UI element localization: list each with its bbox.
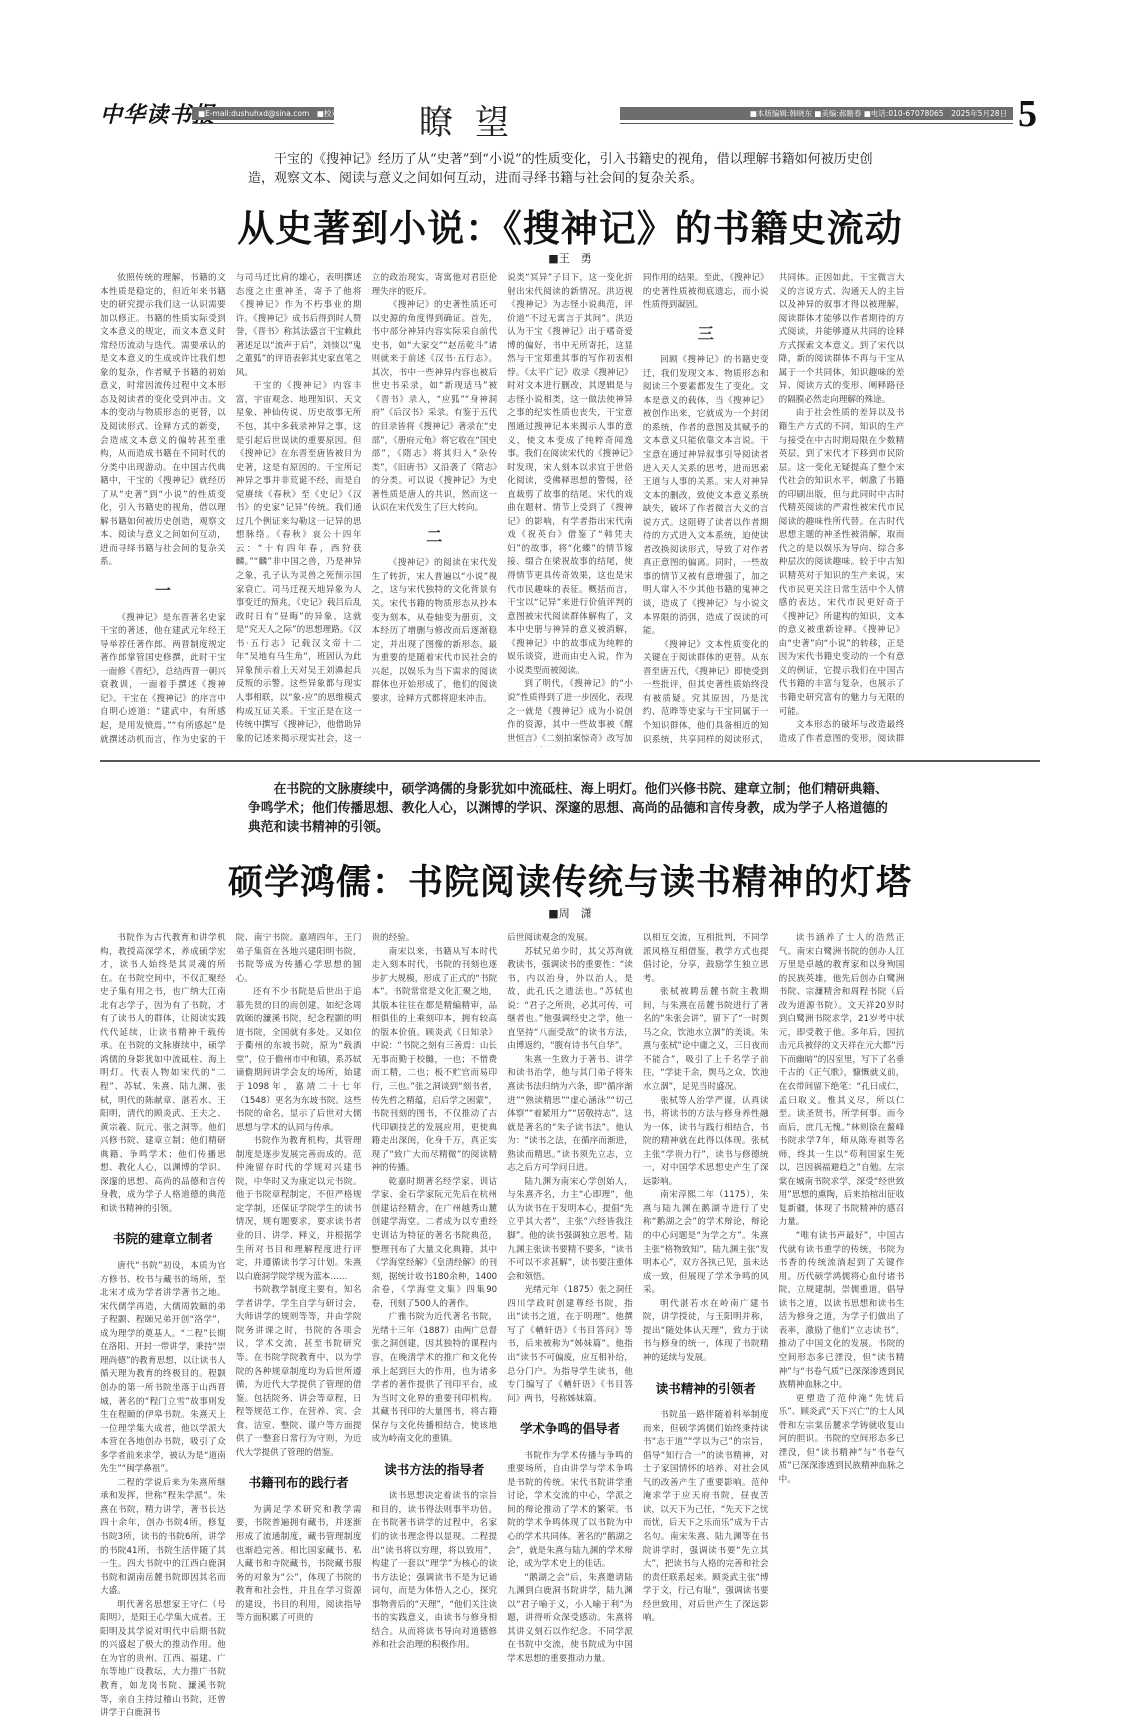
contact-info-bar: ■E-mail:dushuhxd@sina.com ■校对:孙莫萍 — [192, 107, 334, 120]
article2-body: 书院作为古代教育和讲学机构，教授高深学术，养成硕学宏才，读书人始终是其灵魂的所在… — [100, 932, 1040, 1717]
subheading: 读书精神的引领者 — [643, 1382, 769, 1396]
subheading: 读书方法的指导者 — [371, 1463, 497, 1477]
article1-byline: ■王 勇 — [450, 250, 690, 266]
article1-headline: 从史著到小说：《搜神记》的书籍史流动 — [150, 198, 990, 252]
text-column — [914, 272, 1040, 747]
paragraph: 南宋以来，书籍从写本时代走入刻本时代，书院的刊刻也逐步扩大规模，形成了正式的“书… — [371, 946, 497, 1176]
article-divider — [100, 760, 1040, 762]
paragraph: 光绪元年（1875）张之洞任四川学政时创建尊经书院，指出“读书之道，在于明理”。… — [507, 1284, 633, 1406]
text-column: 说类“冥异”子目下，这一变化折射出宋代阅读的新情况。洪迈视《搜神记》为志怪小说典… — [507, 272, 633, 747]
masthead: 中华读书报 ■E-mail:dushuhxd@sina.com ■校对:孙莫萍 … — [100, 96, 1040, 134]
paragraph: 说类“冥异”子目下，这一变化折射出宋代阅读的新情况。洪迈视《搜神记》为志怪小说典… — [507, 272, 633, 678]
paragraph: 书院虽一路伴随着科举制度而来，但硕学鸿儒们始终秉持读书“志于道”“学以为己”的宗… — [643, 1409, 769, 1626]
paragraph: 以相互交流，互相批判，不同学派风格互相借鉴，教学方式也提倡讨论，分享，鼓励学生独… — [643, 932, 769, 986]
section-number: 一 — [100, 584, 226, 598]
section-number: 三 — [643, 327, 769, 341]
paragraph: 明代湛若水在岭南广建书院，讲学授徒，与王阳明并称，提出“随处体认天理”，致力于读… — [643, 1298, 769, 1366]
paragraph: 苏轼兄弟少时，其父苏洵就教读书，强调读书的重要性：“读书，内以治身，外以治人，是… — [507, 946, 633, 1054]
paragraph: 张栻等人治学严谨，认真读书，将读书的方法与修身养性融为一体，读书与践行相结合，书… — [643, 1095, 769, 1190]
paragraph: 读书涵养了士人的浩然正气。南宋白鹭洲书院的创办人江万里是卓越的教育家和以身殉国的… — [779, 932, 905, 1230]
paragraph: 贵的经验。 — [371, 932, 497, 946]
paragraph: 还有不少书院是后世出于追慕先贤的目的而创建，如纪念周敦颐的濂溪书院，纪念程颢的明… — [236, 986, 362, 1135]
subheading: 学术争鸣的倡导者 — [507, 1422, 633, 1436]
paragraph: “唯有读书声最好”，中国古代就有读书重学的传统，书院为书香的传统流淌起到了关键作… — [779, 1230, 905, 1393]
paragraph: 更塑造了范仲淹“先忧后乐”、顾炎武“天下兴亡”的士人风骨和左宗棠岳麓求学铸就收复… — [779, 1393, 905, 1488]
text-column: 读书涵养了士人的浩然正气。南宋白鹭洲书院的创办人江万里是卓越的教育家和以身殉国的… — [779, 932, 905, 1717]
text-column: 立的政治现实，寄寓他对君臣伦理失序的贬斥。《搜神记》的史著性质还可以史源的角度得… — [371, 272, 497, 747]
paragraph: 《搜神记》是东晋著名史家干宝的著述，他在建武元年经王导举荐任著作郎。两晋制度规定… — [100, 612, 226, 747]
paragraph: 干宝的《搜神记》内容丰富，宇宙观念、地理知识、天文星象、神仙传说、历史故事无所不… — [236, 380, 362, 747]
paragraph: 陆九渊为南宋心学创始人，与朱熹齐名，力主“心即理”，他认为读书在于发明本心，提倡… — [507, 1176, 633, 1284]
text-column: 与司马迁比肩的雄心，表明撰述态度之庄重神圣，寄予了他将《搜神记》作为不朽事业的期… — [236, 272, 362, 747]
paragraph: 依照传统的理解，书籍的文本性质是稳定的，但近年来书籍史的研究提示我们这一认识需要… — [100, 272, 226, 570]
paragraph: 为满足学术研究和教学需要，书院普遍拥有藏书，并逐渐形成了流通制度，藏书管理制度也… — [236, 1504, 362, 1626]
subheading: 书籍刊布的践行者 — [236, 1476, 362, 1490]
paragraph: 由于社会性质的差异以及书籍生产方式的不同，知识的生产与接受在中古时期局限在少数精… — [779, 407, 905, 719]
paragraph: 院、南宁书院。嘉靖四年，王门弟子集资在各地兴建阳明书院，书院等成为传播心学思想的… — [236, 932, 362, 986]
paragraph: 后世阅读观念的发展。 — [507, 932, 633, 946]
divider-line — [192, 123, 334, 124]
paragraph: 《搜神记》的史著性质还可以史源的角度得到确证。首先，书中部分神异内容实际采自前代… — [371, 299, 497, 516]
text-column: 同作用的结果。至此，《搜神记》的史著性质被彻底遗忘，而小说性质得到凝固。三回顾《… — [643, 272, 769, 747]
paragraph: 同作用的结果。至此，《搜神记》的史著性质被彻底遗忘，而小说性质得到凝固。 — [643, 272, 769, 313]
paragraph: 乾嘉时期著名经学家、训诂学家、金石学家阮元先后在杭州创建诂经精舍，在广州越秀山麓… — [371, 1176, 497, 1311]
paragraph: 二程的学说后来为朱熹所继承和发挥，世称“程朱学派”。朱熹在书院，精力讲学，著书长… — [100, 1477, 226, 1599]
paragraph: 书院作为古代教育和讲学机构，教授高深学术，养成硕学宏才，读书人始终是其灵魂的所在… — [100, 932, 226, 1216]
article2-headline: 硕学鸿儒：书院阅读传统与读书精神的灯塔 — [150, 855, 990, 905]
section-number: 二 — [371, 530, 497, 544]
paragraph: 立的政治现实，寄寓他对君臣伦理失序的贬斥。 — [371, 272, 497, 299]
paragraph: 广雅书院为近代著名书院，光绪十三年（1887）由两广总督张之洞创建，因其独特的课… — [371, 1311, 497, 1446]
paragraph: 读书思想决定着读书的宗旨和目的，读书得法则事半功倍。在书院著书讲学的过程中，名家… — [371, 1490, 497, 1653]
paragraph: 南宋淳熙二年（1175），朱熹与陆九渊在鹅湖寺进行了史称“鹅湖之会”的学术辩论，… — [643, 1189, 769, 1297]
paragraph: 朱熹一生致力于著书、讲学和读书治学，他与其门弟子将朱熹读书法归纳为六条，即“循序… — [507, 1054, 633, 1176]
paragraph: 文本形态的破坏与改造最终造成了作者意图的变形，阅读群体在知识背景、阅读形式与诠释… — [779, 719, 905, 747]
divider-line — [620, 123, 1013, 124]
paragraph: “鹅湖之会”后，朱熹邀请陆九渊到白鹿洞书院讲学，陆九渊以“君子喻于义，小人喻于利… — [507, 1572, 633, 1667]
text-column: 依照传统的理解，书籍的文本性质是稳定的，但近年来书籍史的研究提示我们这一认识需要… — [100, 272, 226, 747]
paragraph: 张栻被聘岳麓书院主教期间，与朱熹在岳麓书院进行了著名的“朱张会讲”，留下了“一时… — [643, 986, 769, 1094]
article2-intro: 在书院的文脉赓续中，硕学鸿儒的身影犹如中流砥柱、海上明灯。他们兴修书院、建章立制… — [248, 780, 898, 837]
section-title: 瞭望 — [340, 95, 610, 144]
paragraph: 《搜神记》的阅读在宋代发生了转折，宋人普遍以“小说”视之，这与宋代独特的文化背景… — [371, 557, 497, 706]
text-column: 贵的经验。南宋以来，书籍从写本时代走入刻本时代，书院的刊刻也逐步扩大规模，形成了… — [371, 932, 497, 1717]
paragraph: 回顾《搜神记》的书籍史变迁，我们发现文本、物质形态和阅读三个要素都发生了变化。文… — [643, 354, 769, 638]
paragraph: 书院教学制度主要有，知名学者讲学，学生自学与研讨会，大师讲学的规则等等，并由学院… — [236, 1284, 362, 1460]
subheading: 书院的建章立制者 — [100, 1232, 226, 1246]
editor-info-bar: ■本版编辑:韩晓东 ■美编:郝瞻春 ■电话:010-67078065 2025年… — [620, 107, 1013, 120]
paragraph: 唐代“书院”初设，本质为官方修书、校书与藏书的场所，至北宋才成为学者讲学著书之地… — [100, 1260, 226, 1477]
paragraph: 书院作为学术传播与争鸣的重要场所，自由讲学与学术争鸣是书院的传统。宋代书院讲学重… — [507, 1450, 633, 1572]
paragraph: 共同体。正因如此，干宝微言大义的言说方式、沟通天人的主旨以及神异的叙事才得以被理… — [779, 272, 905, 407]
paragraph: 到了明代，《搜神记》的“小说”性质得到了进一步固化，表现之一就是《搜神记》成为小… — [507, 678, 633, 747]
text-column: 以相互交流，互相批判，不同学派风格互相借鉴，教学方式也提倡讨论，分享，鼓励学生独… — [643, 932, 769, 1717]
text-column: 院、南宁书院。嘉靖四年，王门弟子集资在各地兴建阳明书院，书院等成为传播心学思想的… — [236, 932, 362, 1717]
article2-byline: ■周 潇 — [450, 905, 690, 921]
paragraph: 明代著名思想家王守仁（号阳明），是阳王心学集大成者。王阳明及其学说对明代中后期书… — [100, 1599, 226, 1717]
page-number: 5 — [1018, 92, 1037, 136]
text-column: 共同体。正因如此，干宝微言大义的言说方式、沟通天人的主旨以及神异的叙事才得以被理… — [779, 272, 905, 747]
text-column: 书院作为古代教育和讲学机构，教授高深学术，养成硕学宏才，读书人始终是其灵魂的所在… — [100, 932, 226, 1717]
text-column: 后世阅读观念的发展。苏轼兄弟少时，其父苏洵就教读书，强调读书的重要性：“读书，内… — [507, 932, 633, 1717]
paragraph: 与司马迁比肩的雄心，表明撰述态度之庄重神圣，寄予了他将《搜神记》作为不朽事业的期… — [236, 272, 362, 380]
article1-intro: 干宝的《搜神记》经历了从“史著”到“小说”的性质变化，引入书籍史的视角，借以理解… — [248, 150, 898, 188]
article1-body: 依照传统的理解，书籍的文本性质是稳定的，但近年来书籍史的研究提示我们这一认识需要… — [100, 272, 1040, 747]
paragraph: 《搜神记》文本性质变化的关键在于阅读群体的更替。从东晋至唐五代，《搜神记》即使受… — [643, 639, 769, 747]
paragraph: 书院作为教育机构，其管理制度是逐步发展完善而成的。范仲淹留存时代的学规对兴建书院… — [236, 1135, 362, 1284]
text-column — [914, 932, 1040, 1717]
